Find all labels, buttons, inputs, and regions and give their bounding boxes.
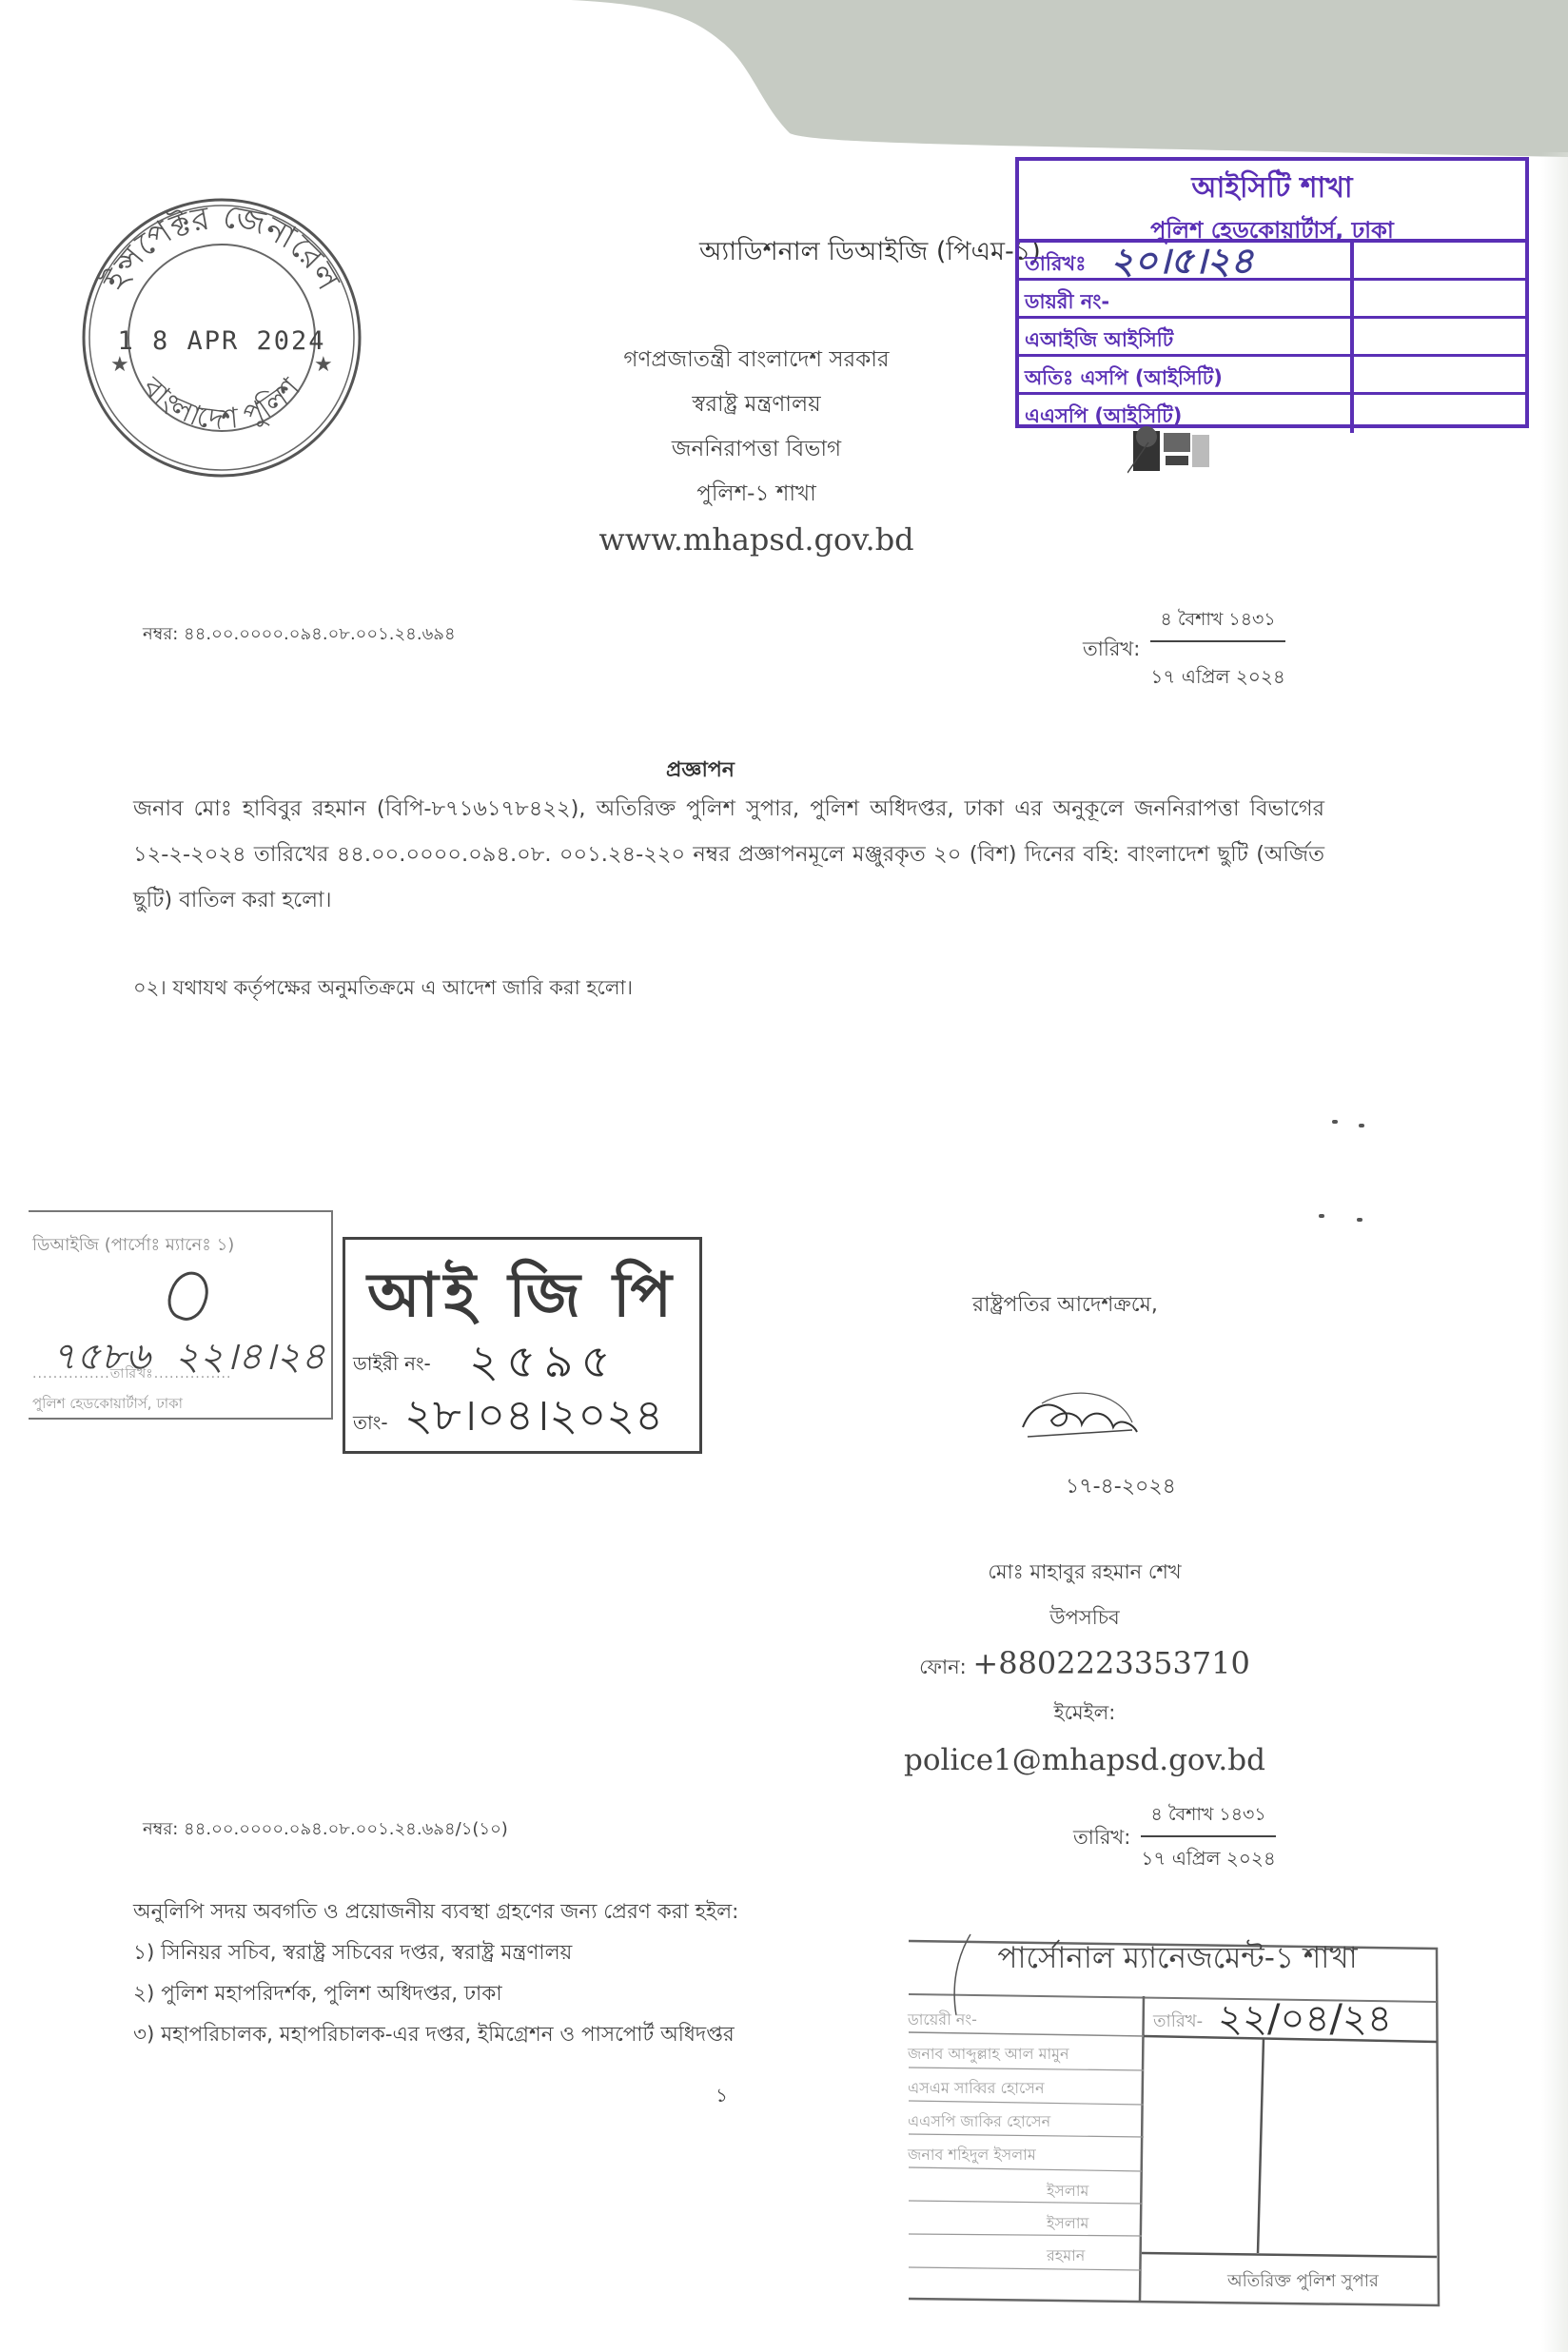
division-name: জননিরাপত্তা বিভাগ xyxy=(533,427,980,472)
igp-date-label: তাং- xyxy=(353,1409,388,1441)
svg-text:★: ★ xyxy=(314,353,333,377)
pm-officer-item: এএসপি জাকির হোসেন xyxy=(908,2109,1050,2135)
ict-row-date: তারিখঃ২০।৫।২৪ xyxy=(1019,243,1525,281)
pm-stamp-footer: অতিরিক্ত পুলিশ সুপার xyxy=(1227,2267,1379,2297)
copy-to-list: অনুলিপি সদয় অবগতি ও প্রয়োজনীয় ব্যবস্থ… xyxy=(133,1891,738,2055)
seal-date: 1 8 APR 2024 xyxy=(74,326,369,356)
notification-title: প্রজ্ঞাপন xyxy=(666,754,735,789)
dig-stamp-footer: পুলিশ হেডকোয়ার্টার্স, ঢাকা xyxy=(32,1393,183,1417)
torn-page-edge xyxy=(0,0,1568,162)
ig-office-seal: ইন্সপেক্টর জেনারেল বাংলাদেশ পুলিশ ★ ★ 1 … xyxy=(74,195,369,480)
ict-row-label: ডায়রী নং- xyxy=(1019,281,1354,316)
copy-item: ২) পুলিশ মহাপরিদর্শক, পুলিশ অধিদপ্তর, ঢা… xyxy=(133,1973,738,2014)
letterhead: গণপ্রজাতন্ত্রী বাংলাদেশ সরকার স্বরাষ্ট্র… xyxy=(533,338,980,562)
signer-designation: উপসচিব xyxy=(856,1595,1313,1640)
notification-para-2: ০২। যথাযথ কর্তৃপক্ষের অনুমতিক্রমে এ আদেশ… xyxy=(133,972,633,1006)
igp-date-value: ২৮।০৪।২০২৪ xyxy=(404,1382,663,1455)
page-edge-shadow xyxy=(1541,152,1568,2352)
date-bangla: ৪ বৈশাখ ১৪৩১ xyxy=(1141,1801,1275,1837)
notification-body: জনাব মোঃ হাবিবুর রহমান (বিপি-৮৭১৬১৭৮৪২২)… xyxy=(133,786,1324,923)
pm-handwritten-date: ২২/০৪/২৪ xyxy=(1218,1989,1392,2052)
copy-intro: অনুলিপি সদয় অবগতি ও প্রয়োজনীয় ব্যবস্থ… xyxy=(133,1891,738,1932)
pm-officer-item: জনাব আব্দুল্লাহ আল মামুন xyxy=(908,2042,1069,2068)
mujib-centenary-logo-icon xyxy=(1127,423,1213,476)
dig-date-label: ...............তারিখঃ............... xyxy=(32,1362,231,1385)
signer-email-label: ইমেইল: xyxy=(856,1690,1313,1735)
govt-name: গণপ্রজাতন্ত্রী বাংলাদেশ সরকার xyxy=(533,338,980,382)
by-order-line: রাষ্ট্রপতির আদেশক্রমে, xyxy=(972,1288,1158,1323)
ict-row-diary: ডায়রী নং- xyxy=(1019,281,1525,319)
pm-officer-item: ইসলাম xyxy=(1047,2211,1088,2237)
ict-stamp-title: আইসিটি শাখা xyxy=(1019,161,1525,213)
memo-date: তারিখ: ৪ বৈশাখ ১৪৩১ ১৭ এপ্রিল ২০২৪ xyxy=(1083,606,1285,695)
routing-note: অ্যাডিশনাল ডিআইজি (পিএম-১) xyxy=(699,232,1041,275)
copy-item: ৩) মহাপরিচালক, মহাপরিচালক-এর দপ্তর, ইমিগ… xyxy=(133,2014,738,2055)
ministry-name: স্বরাষ্ট্র মন্ত্রণালয় xyxy=(533,382,980,427)
date-label: তারিখ: xyxy=(1083,637,1140,660)
igp-diary-stamp: আই জি পি ডাইরী নং- ২৫৯৫ তাং- ২৮।০৪।২০২৪ xyxy=(343,1237,702,1454)
pm-officer-item: রহমান xyxy=(1047,2244,1085,2269)
ict-row-label: অতিঃ এসপি (আইসিটি) xyxy=(1019,357,1354,392)
date-label: তারিখ: xyxy=(1073,1826,1130,1849)
website-link[interactable]: www.mhapsd.gov.bd xyxy=(533,517,980,562)
pm-stamp-title: পার্সোনাল ম্যানেজমেন্ট-১ শাখা xyxy=(904,1935,1451,1985)
handwritten-mark xyxy=(162,1266,214,1326)
seal-top-text: ইন্সপেক্টর জেনারেল xyxy=(95,197,347,297)
ict-row-addl-sp: অতিঃ এসপি (আইসিটি) xyxy=(1019,357,1525,395)
copy-memo-number: নম্বর: ৪৪.০০.০০০০.০৯৪.০৮.০০১.২৪.৬৯৪/১(১০… xyxy=(143,1815,508,1845)
signed-date: ১৭-৪-২০২৪ xyxy=(1066,1470,1176,1505)
igp-diary-label: ডাইরী নং- xyxy=(353,1350,431,1382)
ict-row-label: এআইজি আইসিটি xyxy=(1019,319,1354,354)
ict-row-label: তারিখঃ xyxy=(1025,252,1086,275)
pm-diary-label: ডায়েরী নং- xyxy=(908,2008,977,2033)
seal-bottom-text: বাংলাদেশ পুলিশ xyxy=(135,370,308,437)
memo-number: নম্বর: ৪৪.০০.০০০০.০৯৪.০৮.০০১.২৪.৬৯৪ xyxy=(143,620,456,650)
signer-email[interactable]: police1@mhapsd.gov.bd xyxy=(856,1735,1313,1785)
pm-officer-item: ইসলাম xyxy=(1047,2179,1088,2205)
dig-stamp-title: ডিআইজি (পার্সোঃ ম্যানেঃ ১) xyxy=(32,1231,234,1261)
date-gregorian: ১৭ এপ্রিল ২০২৪ xyxy=(1141,1837,1275,1876)
ict-row-asp: এএসপি (আইসিটি) xyxy=(1019,395,1525,433)
ict-row-aig: এআইজি আইসিটি xyxy=(1019,319,1525,357)
signer-details: মোঃ মাহাবুর রহমান শেখ উপসচিব ফোন: +88022… xyxy=(856,1549,1313,1785)
ict-branch-stamp: আইসিটি শাখা পুলিশ হেডকোয়ার্টার্স, ঢাকা … xyxy=(1015,157,1529,428)
page-number: ১ xyxy=(715,2082,728,2113)
copy-memo-date: তারিখ: ৪ বৈশাখ ১৪৩১ ১৭ এপ্রিল ২০২৪ xyxy=(1073,1801,1276,1876)
date-bangla: ৪ বৈশাখ ১৪৩১ xyxy=(1150,606,1284,642)
personnel-management-stamp: পার্সোনাল ম্যানেজমেন্ট-১ শাখা ডায়েরী নং… xyxy=(904,1930,1451,2310)
dig-personnel-stamp: ডিআইজি (পার্সোঃ ম্যানেঃ ১) ৭৫৮৬ ২২।৪।২৪ … xyxy=(29,1210,333,1420)
signer-name: মোঃ মাহাবুর রহমান শেখ xyxy=(856,1549,1313,1595)
pm-officer-item: এসএম সাব্বির হোসেন xyxy=(908,2076,1045,2102)
svg-text:★: ★ xyxy=(110,353,129,377)
date-gregorian: ১৭ এপ্রিল ২০২৪ xyxy=(1150,642,1284,695)
branch-name: পুলিশ-১ শাখা xyxy=(533,472,980,517)
signature-icon xyxy=(1013,1384,1147,1451)
pm-officer-item: জনাব শহিদুল ইসলাম xyxy=(908,2143,1036,2168)
signer-phone: ফোন: +8802223353710 xyxy=(856,1640,1313,1690)
copy-item: ১) সিনিয়র সচিব, স্বরাষ্ট্র সচিবের দপ্তর… xyxy=(133,1932,738,1973)
pm-date-label: তারিখ- xyxy=(1153,2008,1203,2037)
